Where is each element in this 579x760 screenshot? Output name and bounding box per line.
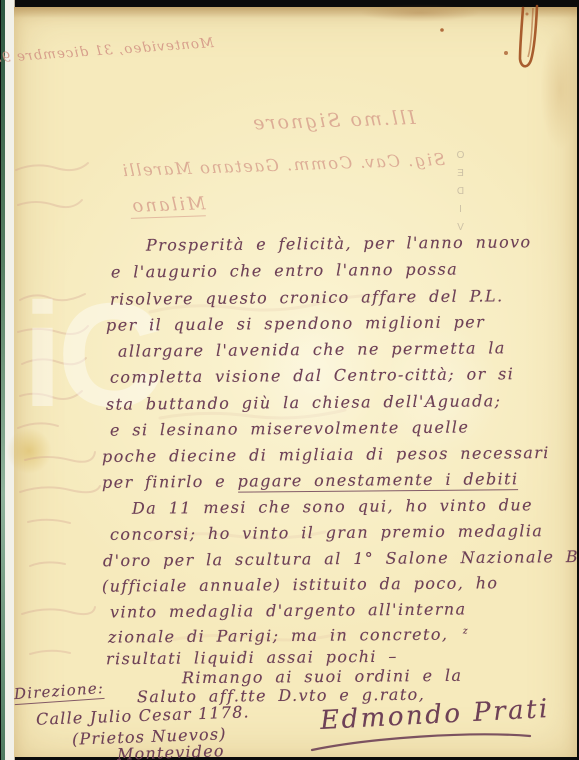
signature-flourish xyxy=(0,0,579,760)
letter-scan: Montevideo, 31 dicembre 937. Ill.mo Sign… xyxy=(0,0,579,760)
